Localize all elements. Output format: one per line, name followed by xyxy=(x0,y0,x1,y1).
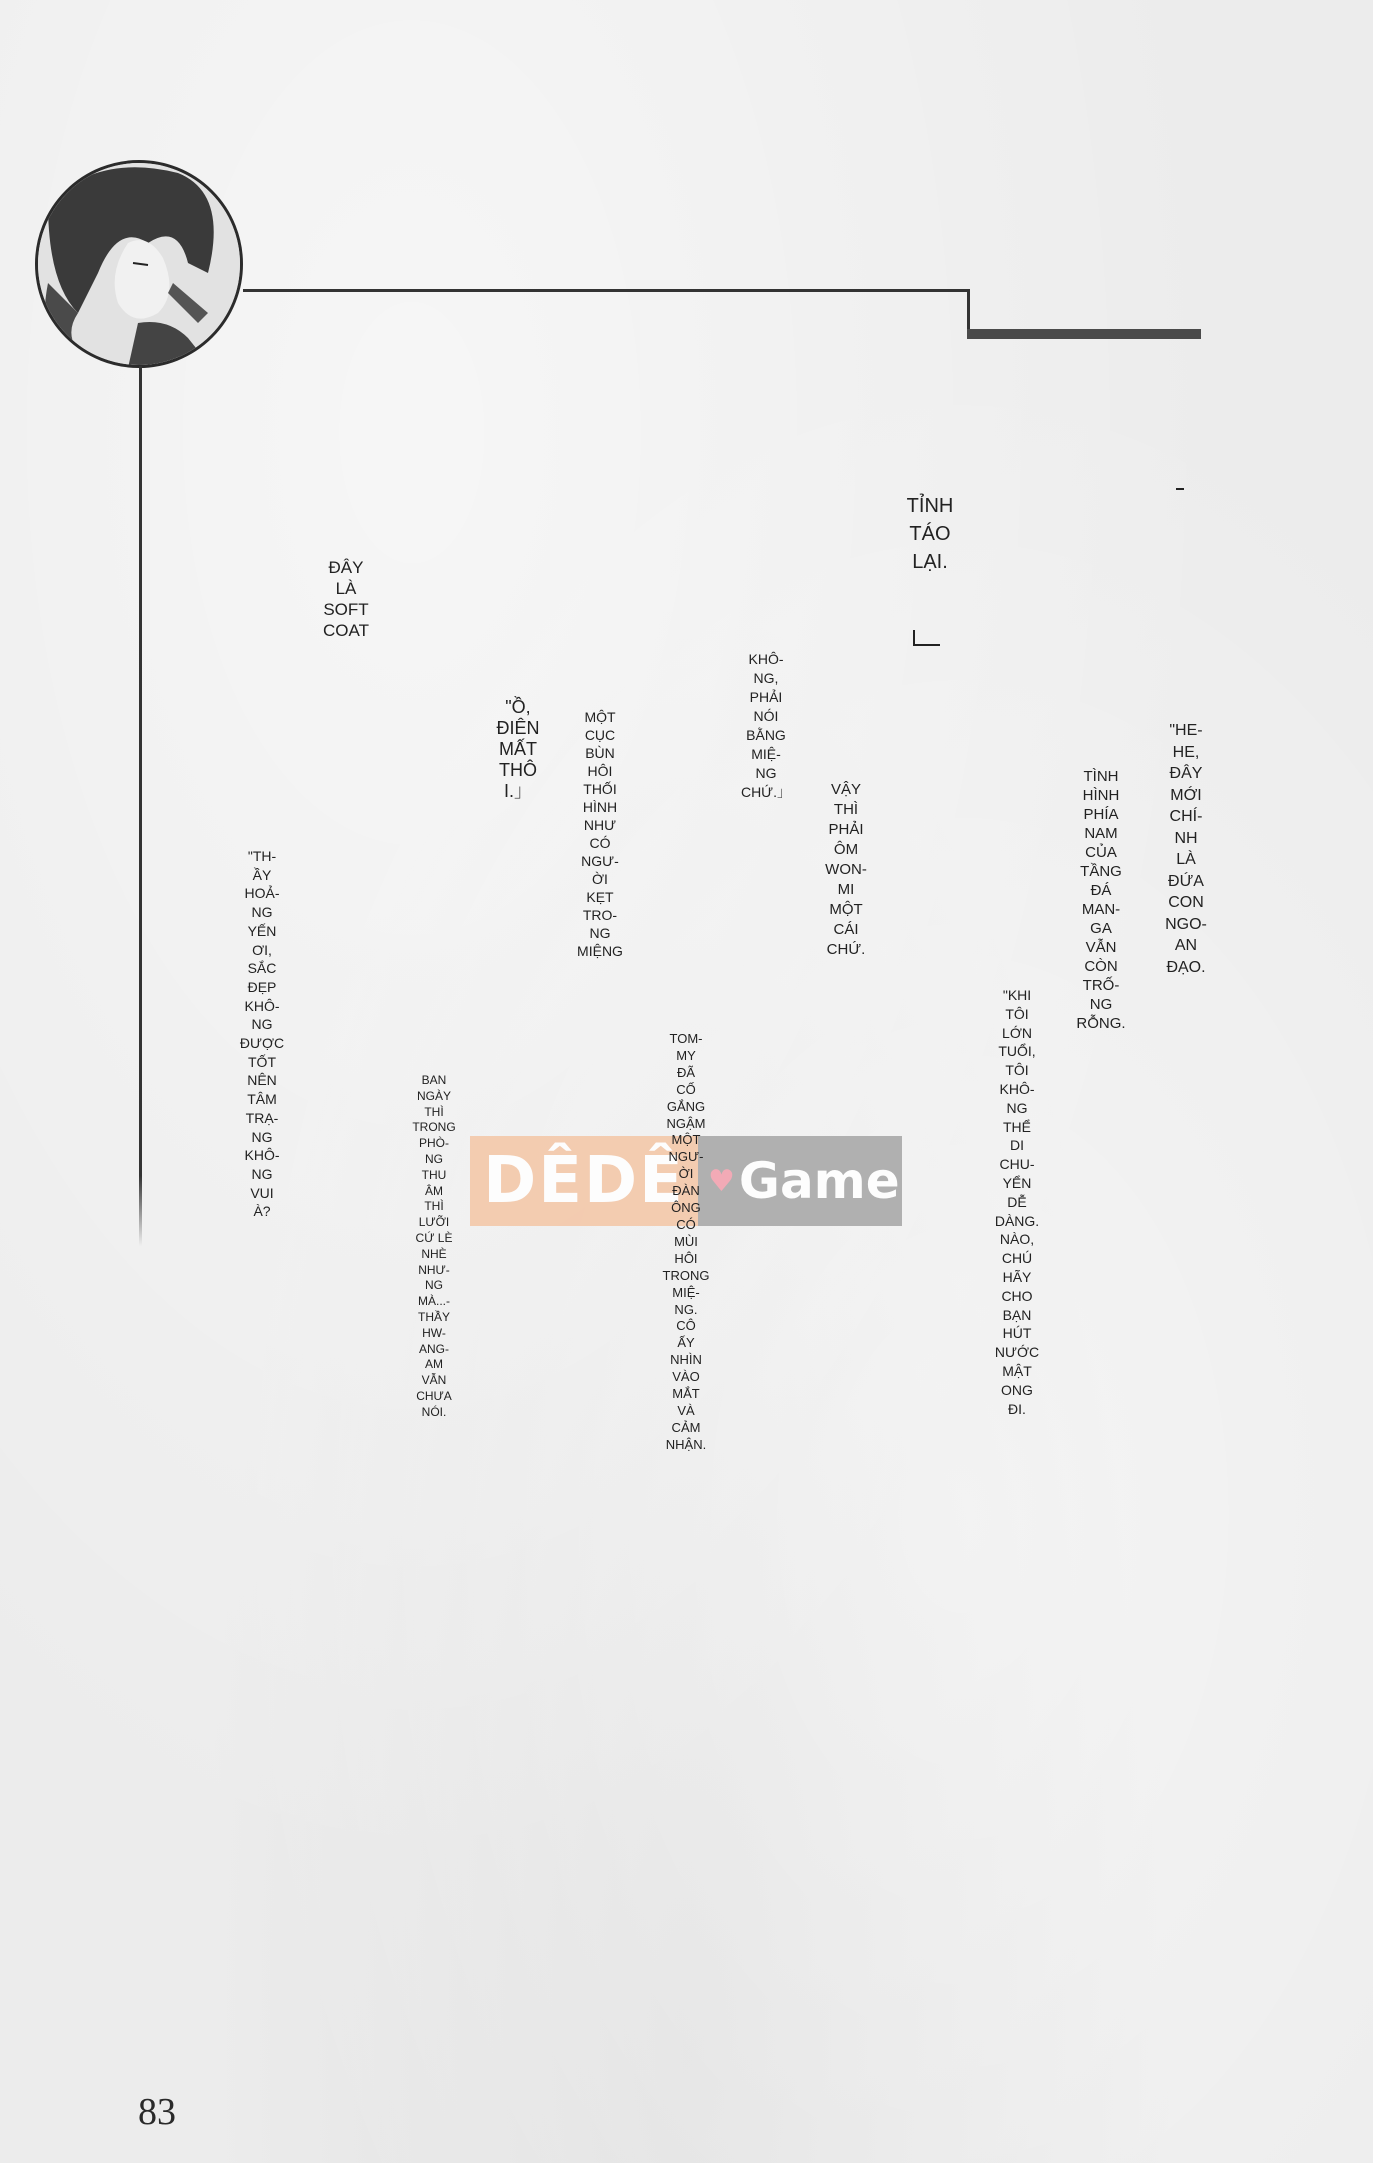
caption-line: DỄ xyxy=(995,1193,1039,1212)
caption-line: ĐẸP xyxy=(240,978,284,997)
caption-line: NHẬN. xyxy=(663,1437,710,1454)
caption-line: BẰNG xyxy=(741,726,791,745)
caption-line: CON xyxy=(1165,892,1207,914)
caption-line: AM xyxy=(412,1357,455,1373)
caption-line: NÓI xyxy=(741,707,791,726)
caption-line: NG xyxy=(741,764,791,783)
caption-line: ĐÀN xyxy=(663,1183,710,1200)
caption-line: TRỐ- xyxy=(1076,976,1125,995)
caption-line: THÌ xyxy=(825,800,867,820)
caption-line: ĐIÊN xyxy=(496,718,539,739)
caption-line: NG. xyxy=(663,1302,710,1319)
caption-line: MIỆ- xyxy=(741,745,791,764)
caption-line: THỐI xyxy=(577,780,623,798)
caption-line: THÌ xyxy=(412,1105,455,1121)
caption-line: TOM- xyxy=(663,1031,710,1048)
caption-line: I.」 xyxy=(496,781,539,802)
caption-tinh-tao-lai: TỈNH TÁO LẠI. xyxy=(907,492,954,576)
caption-line: BÙN xyxy=(577,744,623,762)
caption-line: NHÈ xyxy=(412,1247,455,1263)
caption-line: NHÌN xyxy=(663,1352,710,1369)
caption-line: KHÔ- xyxy=(240,1146,284,1165)
caption-line: CHO xyxy=(995,1287,1039,1306)
caption-line: TÂM xyxy=(240,1090,284,1109)
caption-line: SOFT xyxy=(323,599,369,620)
caption-line: HÚT xyxy=(995,1324,1039,1343)
caption-line: CỨ LÈ xyxy=(412,1231,455,1247)
caption-line: WON- xyxy=(825,860,867,880)
caption-line: "HE- xyxy=(1165,720,1207,742)
caption-hehe-day-moi: "HE- HE, ĐÂY MỚI CHÍ- NH LÀ ĐỨA CON NGO-… xyxy=(1165,720,1207,978)
caption-line: ĐÂY xyxy=(1165,763,1207,785)
caption-vay-thi-phai: VẬY THÌ PHẢI ÔM WON- MI MỘT CÁI CHỨ. xyxy=(825,780,867,960)
caption-line: ONG xyxy=(995,1381,1039,1400)
caption-line: THÔ xyxy=(496,760,539,781)
caption-line: À? xyxy=(240,1202,284,1221)
caption-line: VẪN xyxy=(1076,938,1125,957)
caption-line: AN xyxy=(1165,935,1207,957)
caption-line: VẬY xyxy=(825,780,867,800)
caption-line: HÃY xyxy=(995,1268,1039,1287)
caption-line: THỂ xyxy=(995,1118,1039,1137)
caption-khong-phai-noi: KHÔ- NG, PHẢI NÓI BẰNG MIỆ- NG CHỨ.」 xyxy=(741,650,791,802)
caption-line: NG xyxy=(412,1152,455,1168)
caption-line: LẠI. xyxy=(907,548,954,576)
caption-line: "Ồ, xyxy=(496,697,539,718)
caption-line: COAT xyxy=(323,620,369,641)
caption-line: LÀ xyxy=(1165,849,1207,871)
caption-line: TÔI xyxy=(995,1061,1039,1080)
caption-line: CỦA xyxy=(1076,843,1125,862)
caption-line: DÀNG. xyxy=(995,1212,1039,1231)
caption-line: NH xyxy=(1165,828,1207,850)
caption-line: ĐÃ xyxy=(663,1065,710,1082)
caption-line: VẪN xyxy=(412,1373,455,1389)
caption-line: TRONG xyxy=(412,1120,455,1136)
caption-ban-ngay-thi: BAN NGÀY THÌ TRONG PHÒ- NG THU ÂM THÌ LƯ… xyxy=(412,1073,455,1421)
caption-line: TUỔI, xyxy=(995,1042,1039,1061)
caption-line: CHÚ xyxy=(995,1249,1039,1268)
caption-line: NAM xyxy=(1076,824,1125,843)
caption-line: ĐƯỢC xyxy=(240,1034,284,1053)
caption-line: RỖNG. xyxy=(1076,1014,1125,1033)
watermark-right: ♥ Game xyxy=(698,1136,902,1226)
caption-line: ÔNG xyxy=(663,1200,710,1217)
caption-line: THU xyxy=(412,1168,455,1184)
caption-line: MỘT xyxy=(663,1132,710,1149)
caption-line: KẸT xyxy=(577,888,623,906)
caption-line: TỈNH xyxy=(907,492,954,520)
caption-line: THÌ xyxy=(412,1199,455,1215)
caption-line: TÁO xyxy=(907,520,954,548)
caption-line: NGƯ- xyxy=(663,1149,710,1166)
caption-line: MAN- xyxy=(1076,900,1125,919)
caption-line: NG xyxy=(995,1099,1039,1118)
caption-line: HÔI xyxy=(663,1251,710,1268)
caption-line: HÌNH xyxy=(1076,786,1125,805)
caption-line: NG xyxy=(240,1015,284,1034)
caption-line: HOẢ- xyxy=(240,884,284,903)
caption-line: CÒN xyxy=(1076,957,1125,976)
character-portrait xyxy=(35,160,243,368)
caption-line: MI xyxy=(825,880,867,900)
caption-line: TRONG xyxy=(663,1268,710,1285)
caption-line: TRẠ- xyxy=(240,1109,284,1128)
heart-icon: ♥ xyxy=(708,1164,735,1199)
frame-line-top xyxy=(243,289,970,292)
caption-line: ƠI, xyxy=(240,941,284,960)
caption-line: ĐÁ xyxy=(1076,881,1125,900)
caption-line: ĐÂY xyxy=(323,557,369,578)
caption-line: CHỨ.」 xyxy=(741,783,791,802)
caption-line: BAN xyxy=(412,1073,455,1089)
caption-line: TÔI xyxy=(995,1005,1039,1024)
frame-line-left xyxy=(139,366,142,1246)
caption-line: LỚN xyxy=(995,1024,1039,1043)
caption-line: ÔM xyxy=(825,840,867,860)
caption-line: THẦY xyxy=(412,1310,455,1326)
portrait-illustration xyxy=(38,163,243,368)
caption-line: NG xyxy=(240,1165,284,1184)
caption-tinh-hinh-phia-nam: TÌNH HÌNH PHÍA NAM CỦA TẦNG ĐÁ MAN- GA V… xyxy=(1076,767,1125,1033)
caption-line: NGÀY xyxy=(412,1089,455,1105)
caption-line: PHÍA xyxy=(1076,805,1125,824)
caption-line: PHẢI xyxy=(825,820,867,840)
caption-line: MỘT xyxy=(825,900,867,920)
caption-line: NG xyxy=(412,1278,455,1294)
caption-line: CHỨ. xyxy=(825,940,867,960)
caption-line: CỤC xyxy=(577,726,623,744)
caption-line: KHÔ- xyxy=(240,997,284,1016)
caption-line: NGO- xyxy=(1165,914,1207,936)
caption-line: CHU- xyxy=(995,1155,1039,1174)
caption-line: DI xyxy=(995,1136,1039,1155)
caption-o-dien-mat-thoi: "Ồ, ĐIÊN MẤT THÔ I.」 xyxy=(496,697,539,802)
page-number: 83 xyxy=(138,2090,176,2134)
caption-line: YẾN xyxy=(240,922,284,941)
caption-line: MỚI xyxy=(1165,785,1207,807)
caption-line: MIỆ- xyxy=(663,1285,710,1302)
caption-line: VUI xyxy=(240,1184,284,1203)
caption-line: VÀO xyxy=(663,1369,710,1386)
caption-line: CẢM xyxy=(663,1420,710,1437)
dash-mark xyxy=(1176,488,1184,490)
caption-line: ỜI xyxy=(577,870,623,888)
caption-line: GẮNG xyxy=(663,1099,710,1116)
caption-line: HW- xyxy=(412,1326,455,1342)
caption-line: CHƯA xyxy=(412,1389,455,1405)
caption-line: NÀO, xyxy=(995,1230,1039,1249)
caption-line: NG xyxy=(1076,995,1125,1014)
caption-line: ĐI. xyxy=(995,1400,1039,1419)
caption-line: MẮT xyxy=(663,1386,710,1403)
caption-line: MẤT xyxy=(496,739,539,760)
caption-thay-hoang-yen: "TH- ẦY HOẢ- NG YẾN ƠI, SẮC ĐẸP KHÔ- NG … xyxy=(240,847,284,1221)
caption-line: NG xyxy=(240,903,284,922)
caption-line: NG xyxy=(577,924,623,942)
caption-line: "TH- xyxy=(240,847,284,866)
caption-line: GA xyxy=(1076,919,1125,938)
caption-line: KHÔ- xyxy=(741,650,791,669)
caption-line: PHÒ- xyxy=(412,1136,455,1152)
caption-line: NG, xyxy=(741,669,791,688)
caption-line: MÙI xyxy=(663,1234,710,1251)
caption-line: MY xyxy=(663,1048,710,1065)
caption-line: NÓI. xyxy=(412,1405,455,1421)
caption-line: YỂN xyxy=(995,1174,1039,1193)
caption-line: TÌNH xyxy=(1076,767,1125,786)
caption-line: HÔI xyxy=(577,762,623,780)
caption-line: SẮC xyxy=(240,959,284,978)
caption-line: TRO- xyxy=(577,906,623,924)
caption-line: KHÔ- xyxy=(995,1080,1039,1099)
caption-line: CÓ xyxy=(663,1217,710,1234)
caption-line: BẠN xyxy=(995,1306,1039,1325)
caption-line: CỐ xyxy=(663,1082,710,1099)
caption-line: LÀ xyxy=(323,578,369,599)
caption-khi-toi-lon-tuoi: "KHI TÔI LỚN TUỔI, TÔI KHÔ- NG THỂ DI CH… xyxy=(995,986,1039,1418)
caption-line: MIỆNG xyxy=(577,942,623,960)
caption-line: VÀ xyxy=(663,1403,710,1420)
caption-line: "KHI xyxy=(995,986,1039,1005)
caption-line: NƯỚC xyxy=(995,1343,1039,1362)
caption-line: NHƯ xyxy=(577,816,623,834)
caption-line: HE, xyxy=(1165,742,1207,764)
caption-day-la-soft-coat: ĐÂY LÀ SOFT COAT xyxy=(323,557,369,641)
caption-line: ỜI xyxy=(663,1166,710,1183)
caption-line: CHÍ- xyxy=(1165,806,1207,828)
caption-line: PHẢI xyxy=(741,688,791,707)
caption-line: CÓ xyxy=(577,834,623,852)
caption-line: MỘT xyxy=(577,708,623,726)
caption-line: ANG- xyxy=(412,1342,455,1358)
caption-line: MẬT xyxy=(995,1362,1039,1381)
bracket-mark xyxy=(913,630,940,646)
caption-line: CÔ xyxy=(663,1318,710,1335)
watermark-text: Game xyxy=(739,1152,900,1210)
caption-line: NG xyxy=(240,1128,284,1147)
frame-bar-thick xyxy=(967,329,1201,339)
caption-line: ĐẠO. xyxy=(1165,957,1207,979)
caption-mot-cuc-bun: MỘT CỤC BÙN HÔI THỐI HÌNH NHƯ CÓ NGƯ- ỜI… xyxy=(577,708,623,960)
caption-line: CÁI xyxy=(825,920,867,940)
caption-line: NÊN xyxy=(240,1071,284,1090)
caption-line: ĐỨA xyxy=(1165,871,1207,893)
caption-line: MÀ...- xyxy=(412,1294,455,1310)
caption-line: ẤY xyxy=(663,1335,710,1352)
caption-line: TỐT xyxy=(240,1053,284,1072)
caption-line: TẦNG xyxy=(1076,862,1125,881)
caption-line: NGƯ- xyxy=(577,852,623,870)
caption-line: NHƯ- xyxy=(412,1263,455,1279)
caption-line: NGẬM xyxy=(663,1116,710,1133)
caption-line: LƯỠI xyxy=(412,1215,455,1231)
caption-line: HÌNH xyxy=(577,798,623,816)
caption-line: ẦY xyxy=(240,866,284,885)
caption-line: ÂM xyxy=(412,1184,455,1200)
caption-tommy-da-co-gang: TOM- MY ĐÃ CỐ GẮNG NGẬM MỘT NGƯ- ỜI ĐÀN … xyxy=(663,1031,710,1454)
